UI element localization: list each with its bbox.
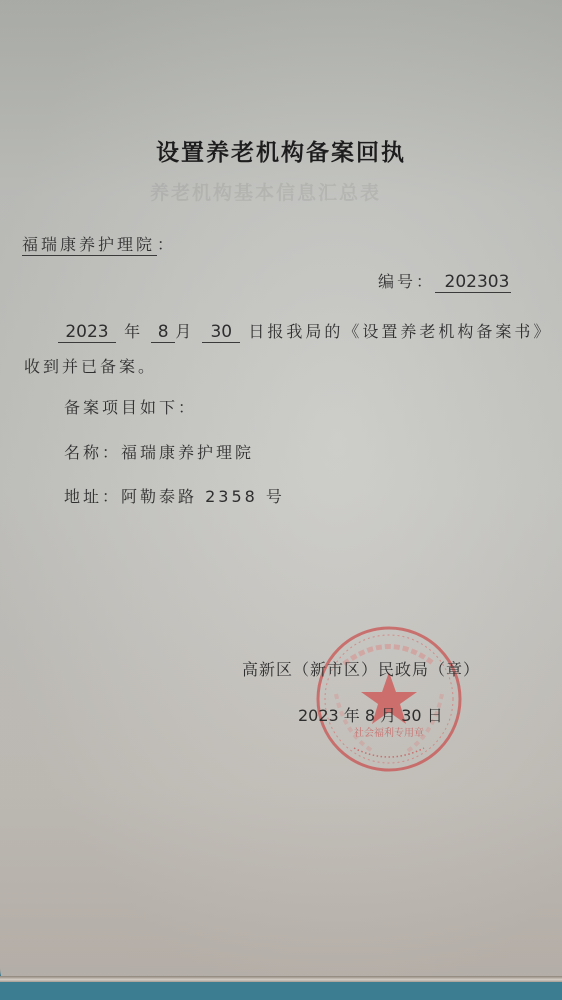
issuing-authority: 高新区（新市区）民政局（章）	[242, 657, 480, 680]
filing-number-label: 编号：	[378, 272, 435, 291]
report-date-line: 2023 年 8月 30 日报我局的《设置养老机构备案书》	[58, 319, 552, 343]
seal-inner-text: 社会福利专用章	[354, 726, 424, 739]
paper-bottom-edge	[0, 976, 562, 982]
report-year-suffix: 年	[116, 322, 151, 341]
report-month-suffix: 月	[175, 322, 202, 341]
addressee-name: 福瑞康养护理院	[22, 235, 157, 256]
official-seal: 社会福利专用章	[314, 624, 464, 774]
issue-date: 2023 年 8 月 30 日	[298, 703, 443, 726]
show-through-text: 养老机构基本信息汇总表	[150, 178, 381, 205]
addressee-line: 福瑞康养护理院：	[22, 232, 176, 256]
addressee-colon: ：	[157, 235, 176, 254]
document-paper: 养老机构基本信息汇总表 设置养老机构备案回执 福瑞康养护理院： 编号：20230…	[0, 0, 562, 982]
address-value: 阿勒泰路 2358 号	[121, 487, 285, 506]
report-day-suffix: 日报我局的《设置养老机构备案书》	[240, 322, 552, 341]
name-label: 名称：	[64, 443, 121, 462]
address-label: 地址：	[64, 487, 121, 506]
document-title: 设置养老机构备案回执	[0, 134, 562, 167]
filing-number-line: 编号：202303	[378, 269, 511, 293]
report-day: 30	[202, 322, 240, 343]
address-line: 地址：阿勒泰路 2358 号	[64, 484, 285, 507]
filing-number-value: 202303	[435, 272, 511, 293]
report-year: 2023	[58, 322, 116, 343]
name-value: 福瑞康养护理院	[121, 443, 254, 462]
name-line: 名称：福瑞康养护理院	[64, 440, 254, 463]
items-heading: 备案项目如下：	[64, 395, 197, 418]
report-month: 8	[151, 322, 175, 343]
received-text: 收到并已备案。	[24, 354, 157, 377]
